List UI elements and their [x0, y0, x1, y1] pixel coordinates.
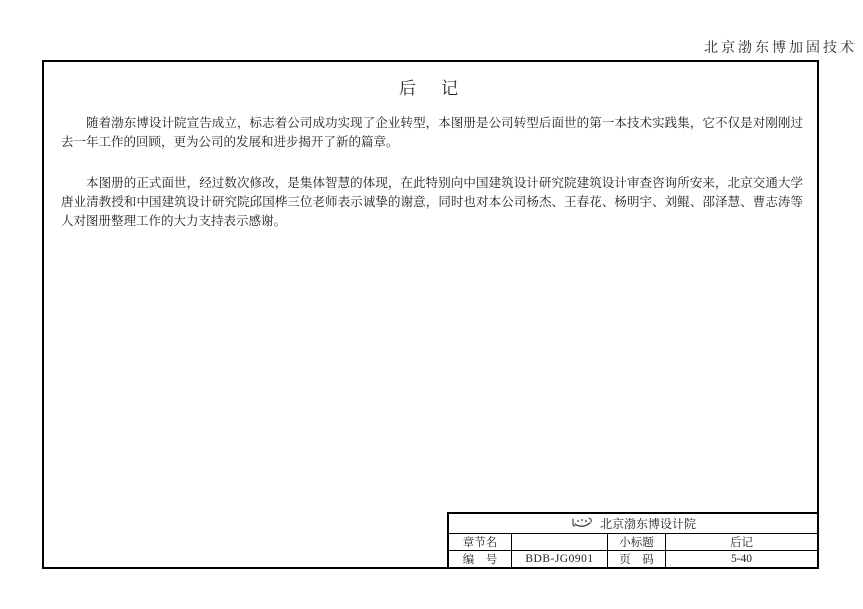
page-header-text: 北京渤东博加固技术	[704, 37, 857, 57]
title-block-table: 北京渤东博设计院 章节名 小标题 后记 编 号 BDB-JG0901 页 码 5…	[447, 512, 819, 569]
company-logo-icon	[570, 517, 594, 530]
chapter-name-value	[511, 534, 607, 550]
table-row: 编 号 BDB-JG0901 页 码 5-40	[449, 550, 817, 567]
page-title: 后 记	[44, 74, 817, 99]
page-code-label: 页 码	[607, 551, 665, 567]
subtitle-value: 后记	[665, 534, 817, 550]
chapter-name-label: 章节名	[449, 534, 511, 550]
number-value: BDB-JG0901	[511, 551, 607, 567]
paragraph-1: 随着渤东博设计院宣告成立，标志着公司成功实现了企业转型，本图册是公司转型后面世的…	[61, 114, 803, 152]
page-code-value: 5-40	[665, 551, 817, 567]
company-name: 北京渤东博设计院	[600, 515, 696, 532]
title-block-company-row: 北京渤东博设计院	[449, 514, 817, 534]
paragraph-2: 本图册的正式面世，经过数次修改，是集体智慧的体现，在此特别向中国建筑设计研究院建…	[61, 174, 803, 231]
page-frame: 后 记 随着渤东博设计院宣告成立，标志着公司成功实现了企业转型，本图册是公司转型…	[42, 60, 819, 569]
table-row: 章节名 小标题 后记	[449, 534, 817, 550]
number-label: 编 号	[449, 551, 511, 567]
document-page: 北京渤东博加固技术 后 记 随着渤东博设计院宣告成立，标志着公司成功实现了企业转…	[0, 0, 863, 609]
subtitle-label: 小标题	[607, 534, 665, 550]
body-text: 随着渤东博设计院宣告成立，标志着公司成功实现了企业转型，本图册是公司转型后面世的…	[61, 114, 803, 253]
